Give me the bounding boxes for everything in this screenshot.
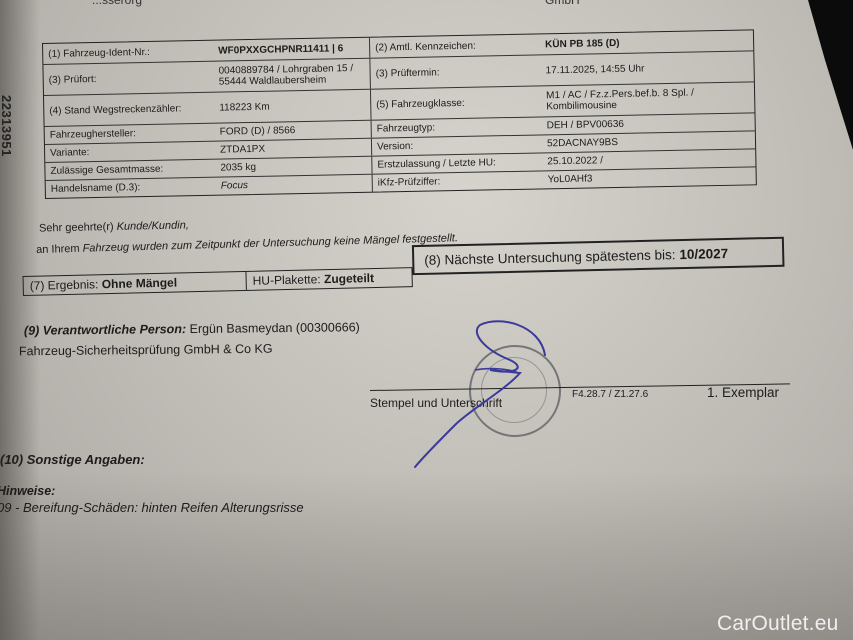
vehicle-data-table: (1) Fahrzeug-Ident-Nr.: WF0PXXGCHPNR1141… (42, 29, 757, 199)
value-manufacturer: FORD (D) / 8566 (215, 121, 372, 141)
label-vin: (1) Fahrzeug-Ident-Nr.: (43, 41, 213, 64)
label-odometer: (4) Stand Wegstreckenzähler: (44, 93, 215, 126)
value-odometer: 118223 Km (214, 90, 372, 123)
other-info-heading: (10) Sonstige Angaben: (0, 452, 145, 467)
handwritten-signature (400, 315, 590, 475)
label-gross-mass: Zulässige Gesamtmasse: (45, 160, 215, 180)
responsible-person: (9) Verantwortliche Person: Ergün Basmey… (24, 320, 360, 338)
label-manufacturer: Fahrzeughersteller: (45, 124, 215, 144)
side-document-number: 22313951 (0, 95, 14, 157)
value-prueftermin: 17.11.2025, 14:55 Uhr (540, 51, 754, 85)
plakette: HU-Plakette: Zugeteilt (246, 269, 380, 290)
label-prueffort: (3) Prüfort: (43, 62, 214, 95)
header-cut-right: GmbH (545, 0, 580, 7)
value-trade-name: Focus (216, 175, 373, 195)
copy-label: 1. Exemplar (707, 385, 779, 400)
greeting-prefix: Sehr geehrte(r) (39, 221, 114, 235)
responsible-company: Fahrzeug-Sicherheitsprüfung GmbH & Co KG (19, 342, 273, 359)
value-variant: ZTDA1PX (215, 139, 372, 159)
value-gross-mass: 2035 kg (215, 157, 372, 177)
header-cut-left: ...sserorg (92, 0, 142, 7)
next-inspection-label: (8) Nächste Untersuchung spätestens bis: (424, 247, 676, 268)
value-vin: WF0PXXGCHPNR11411 | 6 (213, 38, 370, 61)
value-vehicle-class: M1 / AC / Fz.z.Pers.bef.b. 8 Spl. / Komb… (541, 82, 755, 116)
value-ikfz-check: YoL0AHf3 (543, 167, 756, 188)
responsible-name: Ergün Basmeydan (00300666) (189, 320, 359, 336)
ergebnis-label: (7) Ergebnis: (30, 277, 99, 293)
greeting: Sehr geehrte(r) Kunde/Kundin, (39, 219, 189, 234)
note-item: 09 - Bereifung-Schäden: hinten Reifen Al… (0, 500, 304, 515)
label-ikfz-check: iKfz-Prüfziffer: (373, 171, 543, 191)
label-trade-name: Handelsname (D.3): (46, 178, 216, 198)
next-inspection-box: (8) Nächste Untersuchung spätestens bis:… (412, 237, 785, 275)
label-variant: Variante: (45, 142, 215, 162)
ergebnis: (7) Ergebnis: Ohne Mängel (24, 272, 247, 295)
label-vehicle-type: Fahrzeugtyp: (372, 117, 542, 137)
label-prueftermin: (3) Prüftermin: (370, 55, 541, 88)
notes-heading: Hinweise: (0, 484, 55, 498)
responsible-label: (9) Verantwortliche Person: (24, 322, 186, 338)
label-vehicle-class: (5) Fahrzeugklasse: (371, 86, 542, 119)
label-first-registration: Erstzulassung / Letzte HU: (372, 153, 542, 173)
watermark-logo: CarOutlet.eu (717, 612, 838, 636)
result-left-box: (7) Ergebnis: Ohne Mängel HU-Plakette: Z… (22, 267, 412, 296)
value-plate: KÜN PB 185 (D) (540, 30, 753, 54)
document-paper: ...sserorg GmbH 22313951 (1) Fahrzeug-Id… (0, 0, 853, 640)
next-inspection-value: 10/2027 (679, 245, 728, 261)
plakette-value: Zugeteilt (324, 271, 374, 286)
ergebnis-value: Ohne Mängel (102, 275, 178, 291)
value-prueffort: 0040889784 / Lohrgraben 15 / 55444 Waldl… (213, 59, 371, 92)
label-plate: (2) Amtl. Kennzeichen: (370, 34, 540, 57)
label-version: Version: (372, 135, 542, 155)
greeting-suffix: Kunde/Kundin, (117, 219, 189, 233)
plakette-label: HU-Plakette: (253, 272, 321, 288)
